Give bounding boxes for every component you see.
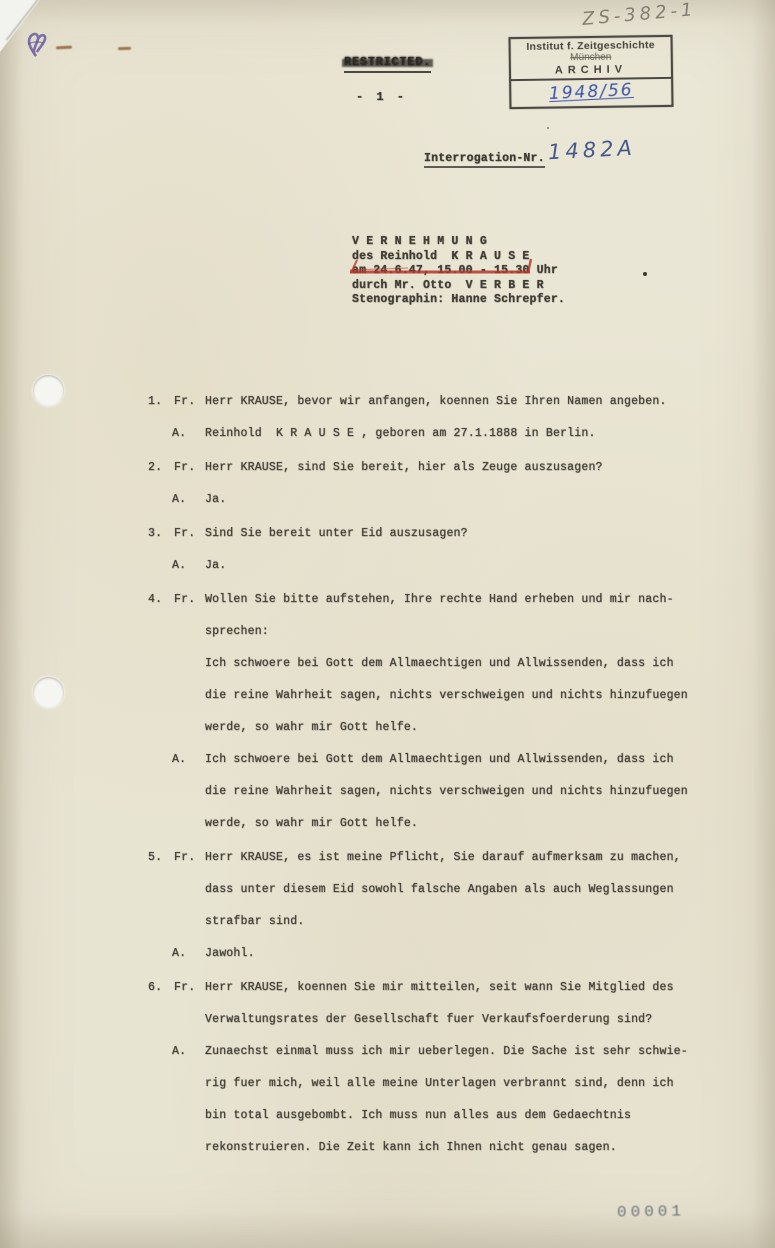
answer-line: Jawohl.: [205, 938, 688, 970]
qa-item: 2. Fr. Herr KRAUSE, sind Sie bereit, hie…: [148, 452, 688, 516]
stamp-accession-number: 1948/56: [515, 76, 668, 106]
question-number: 3.: [148, 518, 162, 550]
question-line: Verwaltungsrates der Gesellschaft fuer V…: [205, 1004, 688, 1036]
question-lines: Wollen Sie bitte aufstehen, Ihre rechte …: [205, 584, 688, 744]
question-line: die reine Wahrheit sagen, nichts verschw…: [205, 680, 688, 712]
answer-line: Zunaechst einmal muss ich mir ueberlegen…: [205, 1036, 688, 1068]
title-interrogator: durch Mr. Otto V E R B E R: [352, 279, 565, 294]
question-row: 1. Fr. Herr KRAUSE, bevor wir anfangen, …: [148, 386, 688, 418]
question-prefix: Fr.: [174, 518, 195, 550]
qa-item: 5. Fr. Herr KRAUSE, es ist meine Pflicht…: [148, 842, 688, 970]
answer-line: Ja.: [205, 484, 688, 516]
answer-prefix: A.: [172, 484, 186, 516]
question-line: strafbar sind.: [205, 906, 688, 938]
staple-mark: [118, 47, 131, 50]
archive-stamp: Institut f. Zeitgeschichte München ARCHI…: [509, 35, 674, 109]
paper-speck: [547, 127, 549, 129]
answer-line: Reinhold K R A U S E , geboren am 27.1.1…: [205, 418, 688, 450]
question-number: 6.: [148, 972, 162, 1004]
question-row: 2. Fr. Herr KRAUSE, sind Sie bereit, hie…: [148, 452, 688, 484]
question-prefix: Fr.: [174, 972, 195, 1004]
hole-punch: [33, 375, 64, 406]
archive-reference-handwritten: ZS-382-1: [581, 0, 697, 30]
question-row: 3. Fr. Sind Sie bereit unter Eid auszusa…: [148, 518, 688, 550]
staple-mark: [56, 46, 72, 50]
document-page: ZS-382-1 Institut f. Zeitgeschichte Münc…: [0, 0, 775, 1248]
title-block: V E R N E H M U N G des Reinhold K R A U…: [352, 235, 565, 308]
ink-blot-icon: [22, 28, 52, 67]
qa-item: 1. Fr. Herr KRAUSE, bevor wir anfangen, …: [148, 386, 688, 450]
question-row: 4. Fr. Wollen Sie bitte aufstehen, Ihre …: [148, 584, 688, 744]
hole-punch: [33, 677, 64, 708]
answer-row: A. Zunaechst einmal muss ich mir ueberle…: [148, 1036, 688, 1164]
question-prefix: Fr.: [174, 452, 195, 484]
answer-lines: Ja.: [205, 484, 688, 516]
question-row: 5. Fr. Herr KRAUSE, es ist meine Pflicht…: [148, 842, 688, 938]
answer-row: A. Ja.: [148, 550, 688, 582]
question-lines: Sind Sie bereit unter Eid auszusagen?: [205, 518, 688, 550]
answer-lines: Zunaechst einmal muss ich mir ueberlegen…: [205, 1036, 688, 1164]
paper-speck: [643, 272, 647, 276]
answer-lines: Jawohl.: [205, 938, 688, 970]
qa-item: 3. Fr. Sind Sie bereit unter Eid auszusa…: [148, 518, 688, 582]
answer-line: Ich schwoere bei Gott dem Allmaechtigen …: [205, 744, 688, 776]
question-prefix: Fr.: [174, 584, 195, 616]
answer-lines: Ja.: [205, 550, 688, 582]
question-prefix: Fr.: [174, 842, 195, 874]
answer-line: rig fuer mich, weil alle meine Unterlage…: [205, 1068, 688, 1100]
qa-list: 1. Fr. Herr KRAUSE, bevor wir anfangen, …: [148, 386, 688, 1166]
answer-line: werde, so wahr mir Gott helfe.: [205, 808, 688, 840]
red-underline-mark: [348, 259, 536, 275]
question-line: werde, so wahr mir Gott helfe.: [205, 712, 688, 744]
qa-item: 4. Fr. Wollen Sie bitte aufstehen, Ihre …: [148, 584, 688, 840]
answer-prefix: A.: [172, 938, 186, 970]
answer-lines: Reinhold K R A U S E , geboren am 27.1.1…: [205, 418, 688, 450]
answer-lines: Ich schwoere bei Gott dem Allmaechtigen …: [205, 744, 688, 840]
answer-row: A. Ich schwoere bei Gott dem Allmaechtig…: [148, 744, 688, 840]
page-number-marker: - 1 -: [356, 90, 407, 104]
answer-line: bin total ausgebombt. Ich muss nun alles…: [205, 1100, 688, 1132]
question-prefix: Fr.: [174, 386, 195, 418]
answer-row: A. Reinhold K R A U S E , geboren am 27.…: [148, 418, 688, 450]
question-lines: Herr KRAUSE, es ist meine Pflicht, Sie d…: [205, 842, 688, 938]
interrogation-number-handwritten: 1482A: [547, 136, 636, 165]
answer-row: A. Jawohl.: [148, 938, 688, 970]
classification-marking: RESTRICTED.: [344, 56, 431, 73]
question-line: Herr KRAUSE, sind Sie bereit, hier als Z…: [205, 452, 688, 484]
question-number: 4.: [148, 584, 162, 616]
question-line: Herr KRAUSE, koennen Sie mir mitteilen, …: [205, 972, 688, 1004]
question-lines: Herr KRAUSE, koennen Sie mir mitteilen, …: [205, 972, 688, 1036]
question-lines: Herr KRAUSE, bevor wir anfangen, koennen…: [205, 386, 688, 418]
question-line: sprechen:: [205, 616, 688, 648]
interrogation-number-label: Interrogation-Nr.: [424, 152, 545, 168]
answer-prefix: A.: [172, 418, 186, 450]
question-lines: Herr KRAUSE, sind Sie bereit, hier als Z…: [205, 452, 688, 484]
question-line: Ich schwoere bei Gott dem Allmaechtigen …: [205, 648, 688, 680]
title-stenographer: Stenographin: Hanne Schrepfer.: [352, 293, 565, 308]
question-row: 6. Fr. Herr KRAUSE, koennen Sie mir mitt…: [148, 972, 688, 1036]
question-line: Wollen Sie bitte aufstehen, Ihre rechte …: [205, 584, 688, 616]
answer-prefix: A.: [172, 1036, 186, 1068]
answer-prefix: A.: [172, 550, 186, 582]
answer-line: Ja.: [205, 550, 688, 582]
question-line: dass unter diesem Eid sowohl falsche Ang…: [205, 874, 688, 906]
question-number: 5.: [148, 842, 162, 874]
stamp-city: München: [515, 51, 667, 64]
question-line: Herr KRAUSE, es ist meine Pflicht, Sie d…: [205, 842, 688, 874]
answer-prefix: A.: [172, 744, 186, 776]
question-number: 2.: [148, 452, 162, 484]
folio-stamp: 00001: [617, 1202, 685, 1221]
qa-item: 6. Fr. Herr KRAUSE, koennen Sie mir mitt…: [148, 972, 688, 1164]
answer-line: die reine Wahrheit sagen, nichts verschw…: [205, 776, 688, 808]
answer-line: rekonstruieren. Die Zeit kann ich Ihnen …: [205, 1132, 688, 1164]
question-line: Sind Sie bereit unter Eid auszusagen?: [205, 518, 688, 550]
answer-row: A. Ja.: [148, 484, 688, 516]
question-number: 1.: [148, 386, 162, 418]
obliteration-bar: [342, 59, 433, 67]
question-line: Herr KRAUSE, bevor wir anfangen, koennen…: [205, 386, 688, 418]
title-vernehmung: V E R N E H M U N G: [352, 235, 565, 250]
